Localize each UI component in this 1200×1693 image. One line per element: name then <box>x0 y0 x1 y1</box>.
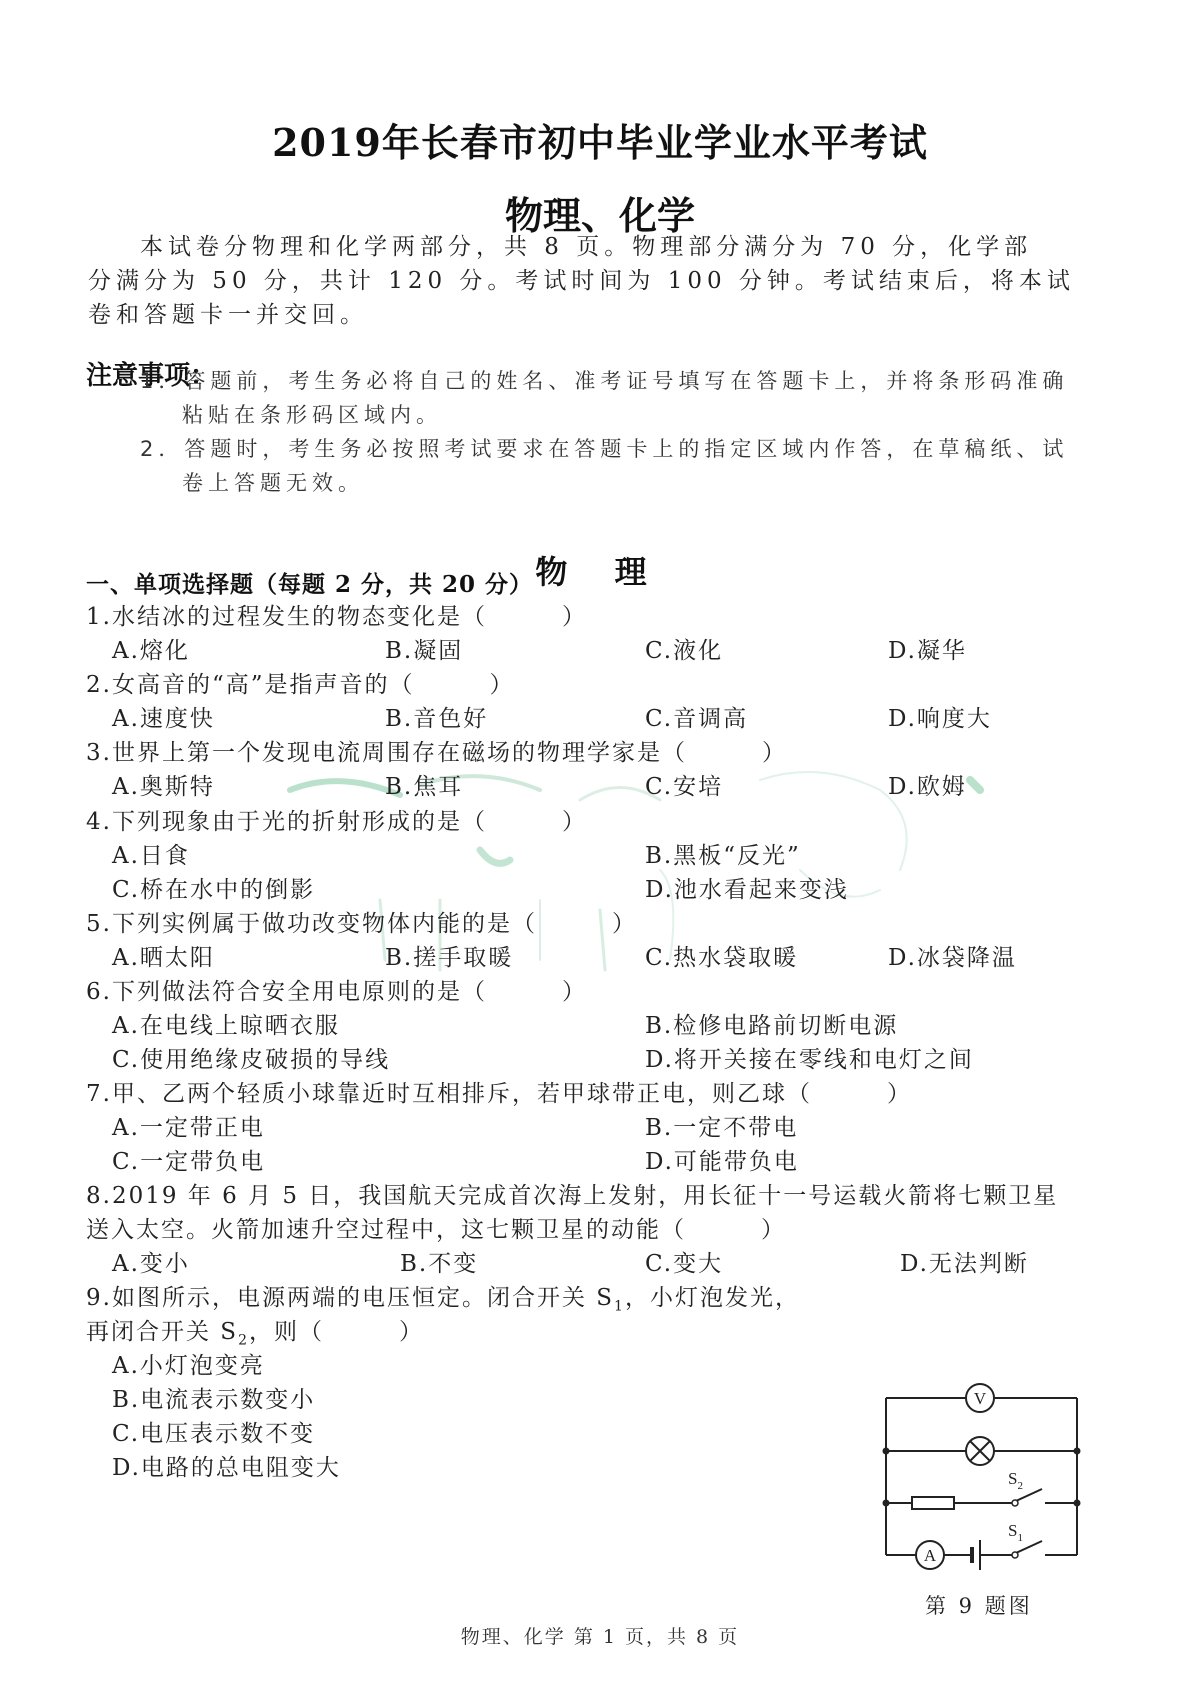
lamp-icon <box>966 1437 994 1465</box>
switch-s1-label: S1 <box>1008 1521 1023 1544</box>
svg-text:V: V <box>974 1389 987 1408</box>
battery-icon <box>972 1540 980 1570</box>
question-7-option-a: A.一定带正电 <box>112 1109 265 1142</box>
notice-item-1-cont: 粘贴在条形码区域内。 <box>182 399 442 429</box>
question-3-option-d: D.欧姆 <box>888 768 967 801</box>
question-7-stem: 7.甲、乙两个轻质小球靠近时互相排斥，若甲球带正电，则乙球（ ） <box>86 1075 912 1108</box>
question-7-option-d: D.可能带负电 <box>645 1143 799 1176</box>
question-6-option-c: C.使用绝缘皮破损的导线 <box>112 1041 390 1074</box>
question-2-option-c: C.音调高 <box>645 700 748 733</box>
question-2-option-b: B.音色好 <box>385 700 488 733</box>
question-8-stem-line-1: 8.2019 年 6 月 5 日，我国航天完成首次海上发射，用长征十一号运载火箭… <box>86 1177 1058 1210</box>
question-6-stem: 6.下列做法符合安全用电原则的是（ ） <box>86 973 587 1006</box>
switch-s2-icon <box>1012 1500 1018 1506</box>
question-3-option-c: C.安培 <box>645 768 723 801</box>
question-5-option-d: D.冰袋降温 <box>888 939 1017 972</box>
question-4-option-a: A.日食 <box>112 837 190 870</box>
question-8-option-d: D.无法判断 <box>900 1245 1029 1278</box>
question-1-stem: 1.水结冰的过程发生的物态变化是（ ） <box>86 598 587 631</box>
question-8-option-a: A.变小 <box>112 1245 190 1278</box>
question-9-stem-line-2: 再闭合开关 S2，则（ ） <box>86 1313 424 1349</box>
ammeter-icon: A <box>916 1541 944 1569</box>
question-6-option-b: B.检修电路前切断电源 <box>645 1007 898 1040</box>
question-9-stem-1b: ，小灯泡发光， <box>625 1285 800 1311</box>
question-7-option-b: B.一定不带电 <box>645 1109 798 1142</box>
question-9-option-a: A.小灯泡变亮 <box>112 1347 265 1380</box>
question-9-stem-1a: 9.如图所示，电源两端的电压恒定。闭合开关 S <box>86 1285 614 1311</box>
question-6-option-d: D.将开关接在零线和电灯之间 <box>645 1041 974 1074</box>
question-9-stem-2b: ，则（ ） <box>249 1319 424 1345</box>
question-2-option-a: A.速度快 <box>112 700 215 733</box>
voltmeter-icon: V <box>966 1384 994 1412</box>
circuit-diagram: V S2 S1 A <box>880 1380 1100 1580</box>
question-6-option-a: A.在电线上晾晒衣服 <box>112 1007 340 1040</box>
question-1-option-a: A.熔化 <box>112 632 190 665</box>
exam-title: 2019年长春市初中毕业学业水平考试 <box>0 112 1200 167</box>
svg-text:A: A <box>924 1546 937 1565</box>
question-8-stem-line-2: 送入太空。火箭加速升空过程中，这七颗卫星的动能（ ） <box>86 1211 786 1244</box>
notice-item-2-cont: 卷上答题无效。 <box>182 467 364 497</box>
question-2-stem: 2.女高音的“高”是指声音的（ ） <box>86 666 514 699</box>
question-1-option-c: C.液化 <box>645 632 723 665</box>
intro-line-3: 卷和答题卡一并交回。 <box>88 296 1108 329</box>
question-4-option-d: D.池水看起来变浅 <box>645 871 849 904</box>
question-1-option-b: B.凝固 <box>385 632 463 665</box>
question-7-option-c: C.一定带负电 <box>112 1143 265 1176</box>
part-heading: 一、单项选择题（每题 2 分，共 20 分） <box>86 566 533 599</box>
question-8-option-c: C.变大 <box>645 1245 723 1278</box>
question-9-option-b: B.电流表示数变小 <box>112 1381 315 1414</box>
intro-line-1: 本试卷分物理和化学两部分，共 8 页。物理部分满分为 70 分，化学部 <box>140 228 1160 261</box>
page-footer: 物理、化学 第 1 页，共 8 页 <box>0 1622 1200 1649</box>
question-5-option-b: B.搓手取暖 <box>385 939 513 972</box>
question-9-stem-2a: 再闭合开关 S <box>86 1319 238 1345</box>
switch-s2-label: S2 <box>1008 1469 1023 1492</box>
question-5-stem: 5.下列实例属于做功改变物体内能的是（ ） <box>86 905 637 938</box>
question-3-option-a: A.奥斯特 <box>112 768 215 801</box>
question-4-option-c: C.桥在水中的倒影 <box>112 871 315 904</box>
question-9-stem-1-sub: 1 <box>614 1299 625 1315</box>
question-9-option-d: D.电路的总电阻变大 <box>112 1449 341 1482</box>
question-2-option-d: D.响度大 <box>888 700 992 733</box>
question-4-stem: 4.下列现象由于光的折射形成的是（ ） <box>86 803 587 836</box>
notice-item-2: 2．答题时，考生务必按照考试要求在答题卡上的指定区域内作答，在草稿纸、试 <box>140 433 1068 463</box>
figure-caption: 第 9 题图 <box>925 1590 1033 1620</box>
question-5-option-a: A.晒太阳 <box>112 939 215 972</box>
question-5-option-c: C.热水袋取暖 <box>645 939 798 972</box>
notice-item-1: 1．答题前，考生务必将自己的姓名、准考证号填写在答题卡上，并将条形码准确 <box>140 365 1068 395</box>
question-3-option-b: B.焦耳 <box>385 768 463 801</box>
switch-s1-icon <box>1012 1552 1018 1558</box>
question-9-stem-line-1: 9.如图所示，电源两端的电压恒定。闭合开关 S1，小灯泡发光， <box>86 1279 800 1315</box>
question-4-option-b: B.黑板“反光” <box>645 837 801 870</box>
intro-line-2: 分满分为 50 分，共计 120 分。考试时间为 100 分钟。考试结束后，将本… <box>88 262 1108 295</box>
question-8-option-b: B.不变 <box>400 1245 478 1278</box>
question-1-option-d: D.凝华 <box>888 632 967 665</box>
question-3-stem: 3.世界上第一个发现电流周围存在磁场的物理学家是（ ） <box>86 734 787 767</box>
question-9-option-c: C.电压表示数不变 <box>112 1415 315 1448</box>
